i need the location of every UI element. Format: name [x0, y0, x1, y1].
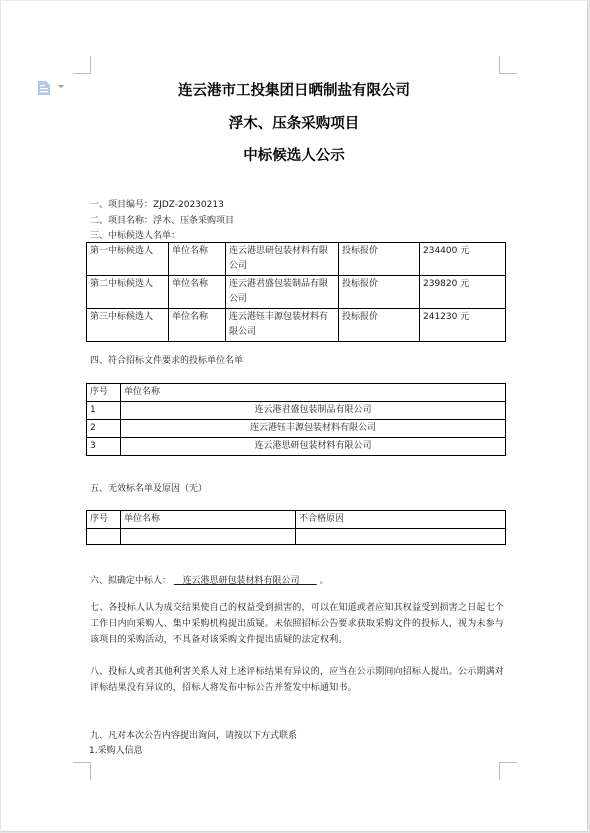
project-number: 一、项目编号：ZJDZ-20230213 [90, 197, 224, 210]
candidate-price: 241230 元 [420, 309, 506, 342]
project-title: 浮木、压条采购项目 [1, 112, 587, 133]
objection-paragraph: 八、投标人或者其他利害关系人对上述评标结果有异议的，应当在公示期间向招标人提出。… [90, 664, 510, 696]
table-row: 2 连云港钰丰源包装材料有限公司 [87, 420, 506, 438]
header-reason: 不合格原因 [296, 511, 506, 529]
header-no: 序号 [87, 384, 121, 402]
row-no: 2 [87, 420, 121, 438]
candidate-list-heading: 三、中标候选人名单： [90, 228, 180, 241]
qualified-heading: 四、符合招标文件要求的投标单位名单 [90, 353, 243, 366]
table-row: 第一中标候选人 单位名称 连云港思研包装材料有限公司 投标报价 234400 元 [87, 243, 506, 276]
winner-line: 六、拟确定中标人： 连云港思研包装材料有限公司 。 [90, 573, 329, 586]
candidate-rank: 第二中标候选人 [87, 276, 169, 309]
row-name: 连云港思研包装材料有限公司 [121, 438, 506, 456]
header-no: 序号 [87, 511, 121, 529]
candidate-price: 239820 元 [420, 276, 506, 309]
notice-title: 中标候选人公示 [1, 144, 587, 165]
project-name: 二、项目名称：浮木、压条采购项目 [90, 213, 234, 226]
table-row: 第二中标候选人 单位名称 连云港君盛包装制品有限公司 投标报价 239820 元 [87, 276, 506, 309]
margin-corner-bottom-left [73, 762, 91, 780]
winner-name: 连云港思研包装材料有限公司 [174, 576, 317, 586]
challenge-paragraph: 七、各投标人认为成交结果使自己的权益受到损害的，可以在知道或者应知其权益受到损害… [90, 600, 510, 648]
table-row: 第三中标候选人 单位名称 连云港钰丰源包装材料有限公司 投标报价 241230 … [87, 309, 506, 342]
table-row: 1 连云港君盛包装制品有限公司 [87, 402, 506, 420]
price-label: 投标报价 [339, 276, 420, 309]
price-label: 投标报价 [339, 243, 420, 276]
document-page: 连云港市工投集团日晒制盐有限公司 浮木、压条采购项目 中标候选人公示 一、项目编… [1, 1, 588, 832]
company-title: 连云港市工投集团日晒制盐有限公司 [1, 79, 587, 100]
row-no [87, 529, 121, 545]
candidate-name: 连云港君盛包装制品有限公司 [226, 276, 339, 309]
candidate-name: 连云港思研包装材料有限公司 [226, 243, 339, 276]
invalid-heading: 五、无效标名单及原因（无） [90, 481, 207, 494]
winner-label: 六、拟确定中标人： [90, 576, 171, 586]
name-label: 单位名称 [169, 276, 226, 309]
price-label: 投标报价 [339, 309, 420, 342]
row-name [121, 529, 296, 545]
row-name: 连云港君盛包装制品有限公司 [121, 402, 506, 420]
name-label: 单位名称 [169, 243, 226, 276]
table-header-row: 序号 单位名称 [87, 384, 506, 402]
margin-corner-bottom-right [499, 762, 517, 780]
candidate-table: 第一中标候选人 单位名称 连云港思研包装材料有限公司 投标报价 234400 元… [86, 242, 506, 342]
header-name: 单位名称 [121, 511, 296, 529]
row-no: 1 [87, 402, 121, 420]
winner-name-text: 连云港思研包装材料有限公司 [182, 576, 299, 586]
margin-corner-top-right [499, 56, 517, 74]
row-reason [296, 529, 506, 545]
invalid-table: 序号 单位名称 不合格原因 [86, 510, 506, 545]
candidate-rank: 第三中标候选人 [87, 309, 169, 342]
row-name: 连云港钰丰源包装材料有限公司 [121, 420, 506, 438]
margin-corner-top-left [73, 56, 91, 74]
header-name: 单位名称 [121, 384, 506, 402]
purchaser-info-heading: 1.采购人信息 [89, 743, 143, 756]
winner-suffix: 。 [320, 576, 329, 586]
table-header-row: 序号 单位名称 不合格原因 [87, 511, 506, 529]
candidate-rank: 第一中标候选人 [87, 243, 169, 276]
candidate-name: 连云港钰丰源包装材料有限公司 [226, 309, 339, 342]
row-no: 3 [87, 438, 121, 456]
qualified-table: 序号 单位名称 1 连云港君盛包装制品有限公司 2 连云港钰丰源包装材料有限公司… [86, 383, 506, 456]
table-row [87, 529, 506, 545]
candidate-price: 234400 元 [420, 243, 506, 276]
table-row: 3 连云港思研包装材料有限公司 [87, 438, 506, 456]
contact-heading: 九、凡对本次公告内容提出询问，请按以下方式联系 [90, 728, 297, 741]
name-label: 单位名称 [169, 309, 226, 342]
